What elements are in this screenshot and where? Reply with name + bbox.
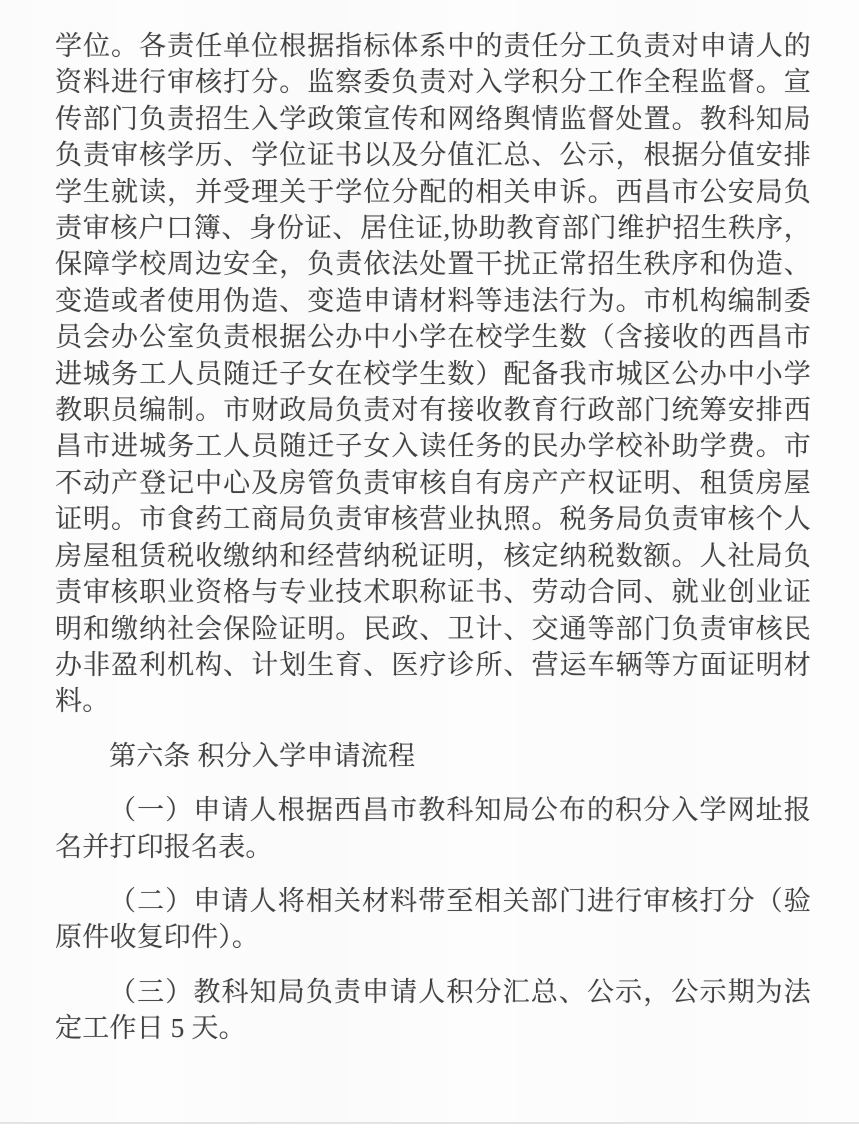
- document-page: 学位。各责任单位根据指标体系中的责任分工负责对申请人的资料进行审核打分。监察委负…: [0, 0, 859, 1130]
- text-line: 名并打印报名表。: [55, 829, 811, 865]
- text-line: 员会办公室负责根据公办中小学在校学生数（含接收的西昌市: [55, 319, 811, 355]
- text-line: 学位。各责任单位根据指标体系中的责任分工负责对申请人的: [55, 28, 811, 64]
- text-line: 保障学校周边安全，负责依法处置干扰正常招生秩序和伪造、: [55, 246, 811, 282]
- text-line: 料。: [55, 683, 811, 719]
- para-responsibility-assignments: 学位。各责任单位根据指标体系中的责任分工负责对申请人的资料进行审核打分。监察委负…: [55, 28, 811, 720]
- text-line: （一）申请人根据西昌市教科知局公布的积分入学网址报: [55, 792, 811, 828]
- text-line: 不动产登记中心及房管负责审核自有房产产权证明、租赁房屋: [55, 465, 811, 501]
- text-line: 进城务工人员随迁子女在校学生数）配备我市城区公办中小学: [55, 356, 811, 392]
- text-line: （二）申请人将相关材料带至相关部门进行审核打分（验: [55, 883, 811, 919]
- para-step-3: （三）教科知局负责申请人积分汇总、公示，公示期为法定工作日 5 天。: [55, 974, 811, 1047]
- text-line: 原件收复印件）。: [55, 919, 811, 955]
- text-line: 负责审核学历、学位证书以及分值汇总、公示，根据分值安排: [55, 137, 811, 173]
- text-line: 变造或者使用伪造、变造申请材料等违法行为。市机构编制委: [55, 283, 811, 319]
- text-line: 房屋租赁税收缴纳和经营纳税证明，核定纳税数额。人社局负: [55, 538, 811, 574]
- page-bottom-margin: [0, 1124, 859, 1130]
- text-line: 责审核户口簿、身份证、居住证,协助教育部门维护招生秩序，: [55, 210, 811, 246]
- text-line: 责审核职业资格与专业技术职称证书、劳动合同、就业创业证: [55, 574, 811, 610]
- text-line: 昌市进城务工人员随迁子女入读任务的民办学校补助学费。市: [55, 428, 811, 464]
- text-line: （三）教科知局负责申请人积分汇总、公示，公示期为法: [55, 974, 811, 1010]
- text-line: 证明。市食药工商局负责审核营业执照。税务局负责审核个人: [55, 501, 811, 537]
- text-line: 资料进行审核打分。监察委负责对入学积分工作全程监督。宣: [55, 64, 811, 100]
- para-step-2: （二）申请人将相关材料带至相关部门进行审核打分（验原件收复印件）。: [55, 883, 811, 956]
- text-line: 明和缴纳社会保险证明。民政、卫计、交通等部门负责审核民: [55, 611, 811, 647]
- text-line: 传部门负责招生入学政策宣传和网络舆情监督处置。教科知局: [55, 101, 811, 137]
- para-step-1: （一）申请人根据西昌市教科知局公布的积分入学网址报名并打印报名表。: [55, 792, 811, 865]
- text-line: 办非盈利机构、计划生育、医疗诊所、营运车辆等方面证明材: [55, 647, 811, 683]
- text-line: 教职员编制。市财政局负责对有接收教育行政部门统筹安排西: [55, 392, 811, 428]
- document-body: 学位。各责任单位根据指标体系中的责任分工负责对申请人的资料进行审核打分。监察委负…: [55, 28, 811, 1047]
- text-line: 学生就读，并受理关于学位分配的相关申诉。西昌市公安局负: [55, 174, 811, 210]
- text-line: 定工作日 5 天。: [55, 1010, 811, 1046]
- text-line: 第六条 积分入学申请流程: [55, 738, 811, 774]
- heading-article-6: 第六条 积分入学申请流程: [55, 738, 811, 774]
